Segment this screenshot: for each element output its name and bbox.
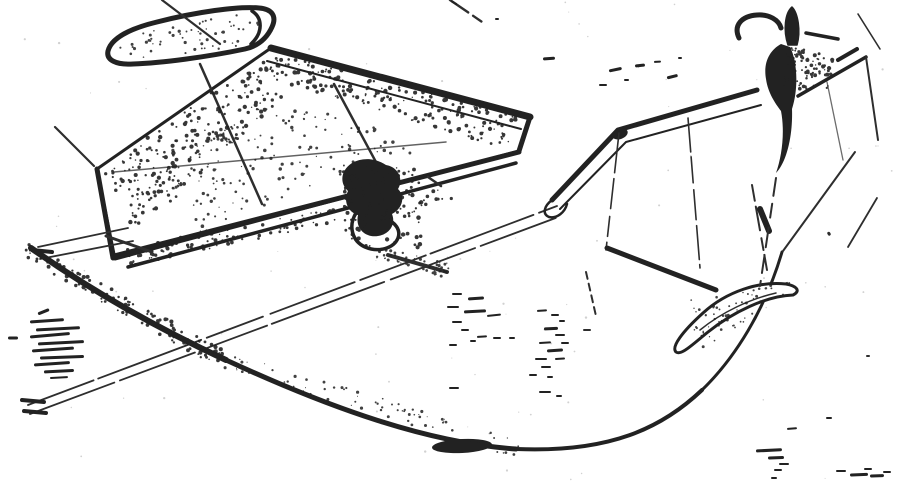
speckle-dot [137, 180, 139, 182]
speckle-dot [132, 303, 134, 305]
speckle-dot [156, 241, 160, 245]
tether-arc-right [516, 390, 702, 449]
speckle-dot [382, 398, 384, 400]
speckle-dot [236, 368, 237, 369]
speckle-dot [178, 166, 180, 168]
speckle-dot [162, 181, 166, 185]
speckle-dot [729, 50, 730, 51]
speckle-dot [71, 407, 72, 408]
dash-mark [37, 308, 49, 315]
speckle-dot [316, 156, 317, 157]
speckle-dot [284, 381, 286, 383]
dash-mark [487, 314, 501, 317]
speckle-dot [173, 175, 175, 177]
speckle-dot [307, 64, 310, 67]
speckle-dot [503, 452, 505, 454]
speckle-dot [179, 236, 182, 239]
speckle-dot [29, 252, 31, 254]
speckle-dot [153, 30, 155, 32]
speckle-dot [121, 179, 125, 183]
speckle-dot [324, 388, 326, 390]
right-model-fuselage-pod [765, 44, 796, 173]
grass-tuft [8, 308, 84, 379]
speckle-dot [812, 61, 814, 63]
speckle-dot [308, 71, 312, 75]
speckle-dot [184, 121, 187, 124]
speckle-dot [794, 70, 797, 73]
speckle-dot [415, 235, 419, 239]
speckle-dot [751, 313, 753, 315]
speckle-dot [818, 62, 821, 65]
speckle-dot [713, 305, 715, 307]
speckle-dot [240, 120, 244, 124]
speckle-dot [397, 170, 400, 173]
speckle-dot [314, 116, 316, 118]
speckle-dot [862, 291, 864, 293]
speckle-dot [398, 103, 400, 105]
speckle-dot [310, 393, 312, 395]
speckle-dot [121, 311, 124, 314]
speckle-dot [214, 349, 218, 353]
speckle-dot [301, 80, 303, 82]
speckle-dot [419, 235, 422, 238]
speckle-dot [276, 64, 280, 68]
speckle-dot [147, 310, 150, 313]
speckle-dot [387, 258, 390, 261]
speckle-dot [434, 197, 438, 201]
speckle-dot [373, 80, 375, 82]
speckle-dot [277, 177, 280, 180]
speckle-dot [793, 74, 796, 77]
dash-mark [38, 340, 84, 345]
right-model-tail-strut [760, 178, 776, 286]
speckle-dot [73, 258, 75, 260]
speckle-dot [199, 156, 201, 158]
speckle-dot [168, 31, 171, 34]
speckle-dot [241, 370, 244, 373]
speckle-dot [393, 251, 396, 254]
speckle-dot [150, 50, 153, 53]
speckle-dot [443, 421, 444, 422]
speckle-dot [236, 126, 239, 129]
speckle-dot [504, 113, 507, 116]
speckle-dot [199, 39, 200, 40]
speckle-dot [440, 266, 443, 269]
speckle-dot [46, 261, 48, 263]
speckle-dot [513, 449, 515, 451]
dash-mark [30, 318, 64, 323]
speckle-dot [415, 207, 417, 209]
speckle-dot [441, 198, 443, 200]
speckle-dot [315, 90, 318, 93]
speckle-dot [229, 360, 231, 362]
speckle-dot [493, 437, 495, 439]
speckle-dot [798, 87, 802, 91]
speckle-dot [344, 229, 347, 232]
speckle-dot [190, 107, 192, 109]
speckle-dot [234, 356, 236, 358]
speckle-dot [402, 252, 404, 254]
launch-rail-end-blob-2 [24, 411, 46, 413]
speckle-dot [276, 72, 279, 75]
speckle-dot [169, 319, 173, 323]
speckle-dot [375, 401, 377, 403]
speckle-dot [386, 180, 387, 181]
speckle-dot [357, 131, 359, 133]
speckle-dot [195, 335, 198, 338]
speckle-dot [142, 205, 145, 208]
speckle-dot [242, 197, 244, 199]
speckle-dot [467, 426, 468, 427]
dash-mark [883, 471, 891, 473]
speckle-dot [327, 70, 331, 74]
speckle-dot [149, 34, 152, 37]
speckle-dot [226, 235, 229, 238]
speckle-dot [787, 53, 791, 57]
speckle-dot [408, 152, 411, 155]
speckle-dot [471, 110, 473, 112]
speckle-dot [716, 306, 719, 309]
speckle-dot [175, 195, 178, 198]
speckle-dot [344, 170, 347, 173]
speckle-dot [130, 204, 133, 207]
speckle-dot [342, 89, 345, 92]
speckle-dot [499, 114, 503, 118]
speckle-dot [132, 214, 134, 216]
speckle-dot [290, 83, 294, 87]
speckle-dot [148, 198, 151, 201]
speckle-dot [312, 71, 314, 73]
speckle-dot [200, 176, 202, 178]
speckle-dot [279, 167, 282, 170]
speckle-dot [782, 294, 784, 296]
speckle-dot [125, 314, 127, 316]
speckle-dot [702, 345, 705, 348]
speckle-dot [82, 275, 86, 279]
speckle-dot [769, 284, 772, 287]
speckle-dot [288, 120, 290, 122]
speckle-dot [760, 304, 762, 306]
speckle-dot [263, 108, 267, 112]
speckle-dot [85, 289, 87, 291]
speckle-dot [353, 152, 355, 154]
speckle-dot [741, 301, 743, 303]
speckle-dot [427, 416, 428, 417]
speckle-dot [187, 115, 189, 117]
dash-mark [547, 376, 553, 378]
speckle-dot [694, 329, 696, 331]
speckle-dot [287, 188, 290, 191]
speckle-dot [315, 211, 317, 213]
speckle-dot [567, 401, 569, 403]
speckle-dot [296, 81, 299, 84]
speckle-dot [335, 96, 336, 97]
speckle-dot [357, 213, 359, 215]
speckle-dot [714, 340, 716, 342]
speckle-dot [462, 106, 465, 109]
speckle-dot [193, 169, 196, 172]
speckle-dot [215, 188, 217, 190]
speckle-dot [378, 109, 380, 111]
speckle-dot [419, 200, 423, 204]
speckle-dot [223, 40, 226, 43]
speckle-dot [231, 127, 233, 129]
speckle-dot [803, 48, 806, 51]
speckle-dot [56, 258, 59, 261]
speckle-dot [248, 84, 250, 86]
speckle-dot [745, 302, 748, 305]
speckle-dot [718, 321, 720, 323]
dash-mark [468, 296, 484, 300]
speckle-dot [408, 171, 410, 173]
dash-mark [756, 448, 782, 452]
speckle-dot [134, 179, 136, 181]
speckle-dot [146, 191, 150, 195]
dash-mark [870, 474, 884, 477]
speckle-dot [149, 321, 152, 324]
speckle-dot [200, 203, 202, 205]
speckle-dot [430, 115, 432, 117]
speckle-dot [363, 220, 367, 224]
speckle-dot [234, 190, 237, 193]
speckle-dot [137, 188, 140, 191]
speckle-dot [276, 60, 278, 62]
speckle-dot [596, 240, 598, 242]
speckle-dot [720, 328, 723, 331]
speckle-dot [238, 28, 240, 30]
speckle-dot [92, 287, 94, 289]
speckle-dot [149, 257, 151, 259]
speckle-dot [160, 41, 162, 43]
dash-mark [535, 358, 547, 360]
speckle-dot [235, 45, 237, 47]
speckle-dot [131, 195, 134, 198]
speckle-dot [168, 178, 171, 181]
speckle-dot [281, 176, 284, 179]
speckle-dot [249, 165, 251, 167]
speckle-dot [211, 238, 213, 240]
speckle-dot [413, 91, 417, 95]
speckle-dot [399, 236, 402, 239]
dash-mark [624, 79, 629, 81]
speckle-dot [242, 126, 244, 128]
speckle-dot [301, 215, 303, 217]
speckle-dot [431, 117, 434, 120]
speckle-dot [382, 104, 385, 107]
speckle-dot [308, 148, 310, 150]
speckle-dot [241, 132, 244, 135]
speckle-dot [753, 298, 754, 299]
speckle-dot [283, 225, 286, 228]
speckle-dot [287, 380, 289, 382]
speckle-dot [244, 84, 248, 88]
speckle-dot [229, 21, 231, 23]
speckle-dot [805, 282, 807, 284]
speckle-dot [477, 110, 481, 114]
tether-arc-low [226, 360, 516, 449]
speckle-dot [381, 87, 383, 89]
speckle-dot [344, 186, 347, 189]
speckle-dot [99, 282, 102, 285]
speckle-dot [509, 125, 511, 127]
speckle-dot [158, 333, 162, 337]
speckle-dot [266, 198, 269, 201]
speckle-dot [441, 80, 443, 82]
speckle-dot [366, 183, 370, 187]
speckle-dot [398, 403, 400, 405]
speckle-dot [348, 227, 351, 230]
speckle-dot [134, 221, 137, 224]
speckle-dot [242, 28, 244, 30]
speckle-dot [206, 38, 209, 41]
ground-marks-bottom-right [756, 417, 891, 479]
speckle-dot [302, 217, 305, 220]
speckle-dot [225, 95, 228, 98]
speckle-dot [195, 199, 198, 202]
speckle-dot [173, 341, 175, 343]
dash-mark [779, 463, 789, 465]
speckle-dot [261, 223, 264, 226]
speckle-dot [501, 138, 503, 140]
speckle-dot [708, 326, 709, 327]
speckle-dot [497, 447, 498, 448]
speckle-dot [530, 414, 532, 416]
speckle-dot [800, 60, 802, 62]
speckle-dot [271, 98, 274, 101]
speckle-dot [205, 356, 208, 359]
speckle-dot [401, 232, 405, 236]
speckle-dot [259, 67, 263, 71]
speckle-dot [734, 327, 736, 329]
speckle-dot [166, 247, 170, 251]
speckle-dot [431, 101, 434, 104]
speckle-dot [709, 336, 710, 337]
speckle-dot [482, 121, 486, 125]
speckle-dot [747, 293, 749, 295]
speckle-dot [131, 43, 134, 46]
speckle-dot [234, 137, 237, 140]
speckle-dot [412, 211, 414, 213]
dash-mark [654, 61, 661, 63]
speckle-dot [373, 95, 376, 98]
right-model-propeller-upper-blade [785, 7, 799, 45]
dash-mark [561, 342, 569, 344]
ground-marks-center-left [447, 293, 515, 346]
speckle-dot [157, 139, 160, 142]
speckle-dot [383, 89, 387, 93]
speckle-dot [281, 163, 284, 166]
speckle-dot [241, 208, 243, 210]
speckle-dot [202, 21, 204, 23]
speckle-dot [223, 182, 226, 185]
speckle-dot [201, 234, 203, 236]
speckle-dot [169, 200, 172, 203]
speckle-dot [416, 245, 420, 249]
speckle-dot [506, 469, 508, 471]
speckle-dot [186, 140, 188, 142]
speckle-dot [783, 85, 785, 87]
speckle-dot [231, 142, 233, 144]
speckle-dot [315, 147, 318, 150]
speckle-dot [460, 114, 464, 118]
speckle-dot [792, 49, 794, 51]
speckle-dot [433, 125, 436, 128]
speckle-dot [796, 80, 798, 82]
speckle-dot [404, 258, 405, 259]
speckle-dot [397, 174, 400, 177]
speckle-dot [276, 79, 278, 81]
speckle-dot [263, 149, 267, 153]
speckle-dot [441, 108, 444, 111]
speckle-dot [848, 147, 850, 149]
speckle-dot [198, 350, 202, 354]
speckle-dot [402, 147, 404, 149]
right-model-right-wing-trailing-edge [783, 152, 855, 251]
speckle-dot [257, 75, 259, 77]
speckle-dot [214, 32, 217, 35]
speckle-dot [270, 136, 273, 139]
speckle-dot [755, 295, 758, 298]
speckle-dot [495, 120, 497, 122]
speckle-dot [106, 293, 109, 296]
speckle-dot [303, 134, 306, 137]
speckle-dot [425, 269, 428, 272]
speckle-dot [222, 30, 225, 33]
speckle-dot [459, 258, 461, 260]
speckle-dot [424, 203, 427, 206]
speckle-dot [156, 257, 160, 261]
two-model-aircraft-illustration [0, 0, 900, 489]
speckle-dot [158, 130, 161, 133]
speckle-dot [259, 102, 261, 104]
speckle-dot [230, 182, 232, 184]
speckle-dot [479, 106, 482, 109]
dash-mark [787, 427, 797, 430]
speckle-dot [213, 137, 215, 139]
speckle-dot [232, 202, 233, 203]
speckle-dot [735, 302, 737, 304]
speckle-dot [186, 31, 188, 33]
speckle-dot [193, 204, 195, 206]
speckle-dot [304, 113, 306, 115]
speckle-dot [385, 185, 389, 189]
speckle-dot [377, 151, 378, 152]
speckle-dot [135, 159, 137, 161]
speckle-dot [119, 185, 121, 187]
speckle-dot [359, 187, 363, 191]
speckle-dot [309, 185, 311, 187]
speckle-dot [253, 72, 255, 74]
speckle-dot [139, 159, 142, 162]
speckle-dot [728, 305, 730, 307]
speckle-dot [256, 118, 257, 119]
right-model-right-wing-leading-edge [798, 57, 866, 96]
speckle-dot [418, 221, 420, 223]
speckle-dot [184, 111, 186, 113]
speckle-dot [291, 115, 294, 118]
dash-mark [449, 387, 459, 389]
speckle-dot [765, 307, 767, 309]
speckle-dot [348, 180, 352, 184]
speckle-dot [226, 84, 229, 87]
speckle-dot [221, 333, 222, 334]
speckle-dot [171, 339, 173, 341]
speckle-dot [62, 265, 66, 269]
speckle-dot [355, 177, 357, 179]
speckle-dot [185, 344, 187, 346]
speckle-dot [204, 130, 206, 132]
speckle-dot [355, 219, 357, 221]
